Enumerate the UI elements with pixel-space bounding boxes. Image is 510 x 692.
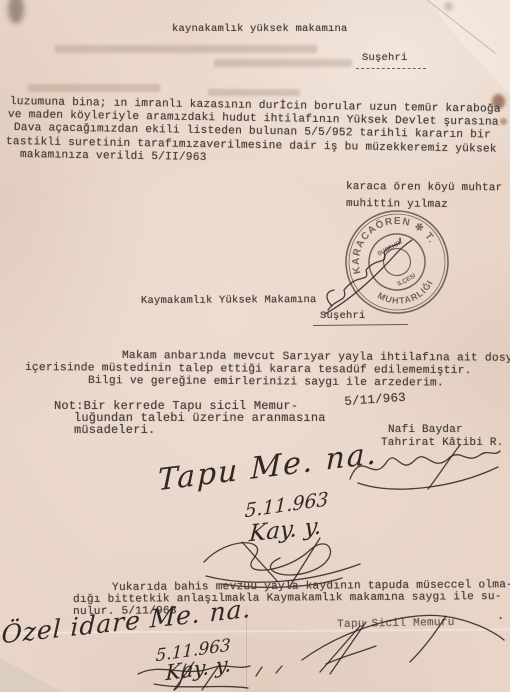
rust-spot-right-2	[500, 118, 507, 125]
cut-corner-bottom-left	[0, 652, 62, 692]
letter1-body-line: makamınıza verildi 5/II/963	[20, 150, 207, 164]
bleed-through-2	[214, 59, 352, 67]
signature-muhtar	[322, 232, 437, 317]
bleed-through-4	[208, 89, 300, 96]
bleed-through-3	[28, 84, 160, 92]
signature-bottom-scribble	[126, 660, 261, 692]
letter2-heading: Kaymakamlık Yüksek Makamına	[141, 295, 317, 306]
letter1-signer-title: karaca ören köyü muhtar	[346, 182, 503, 194]
letter1-place: Suşehri	[362, 53, 408, 64]
scanned-document-page: kaynakamlık yüksek makamına Suşehri luzu…	[0, 0, 510, 692]
bleed-through-1	[55, 45, 317, 53]
signature-tapu-sicil	[296, 604, 510, 680]
pen-tick-marks	[252, 664, 286, 678]
smudge-top-left	[8, 0, 24, 24]
letter1-place-underline-dashes	[356, 68, 426, 69]
letter2-body-line: Bilgi ve gereğine emirlerinizi saygı ile…	[88, 376, 444, 390]
letter2-place: Suşehri	[320, 311, 366, 322]
fold-top-right	[428, 0, 510, 95]
letter2-note-line: müsadeleri.	[74, 424, 155, 436]
letter2-date: 5/11/963	[344, 392, 406, 409]
letter1-heading: kaynakamlık yüksek makamına	[172, 24, 348, 35]
letter2-signer-name: Nafi Baydar	[388, 425, 463, 436]
